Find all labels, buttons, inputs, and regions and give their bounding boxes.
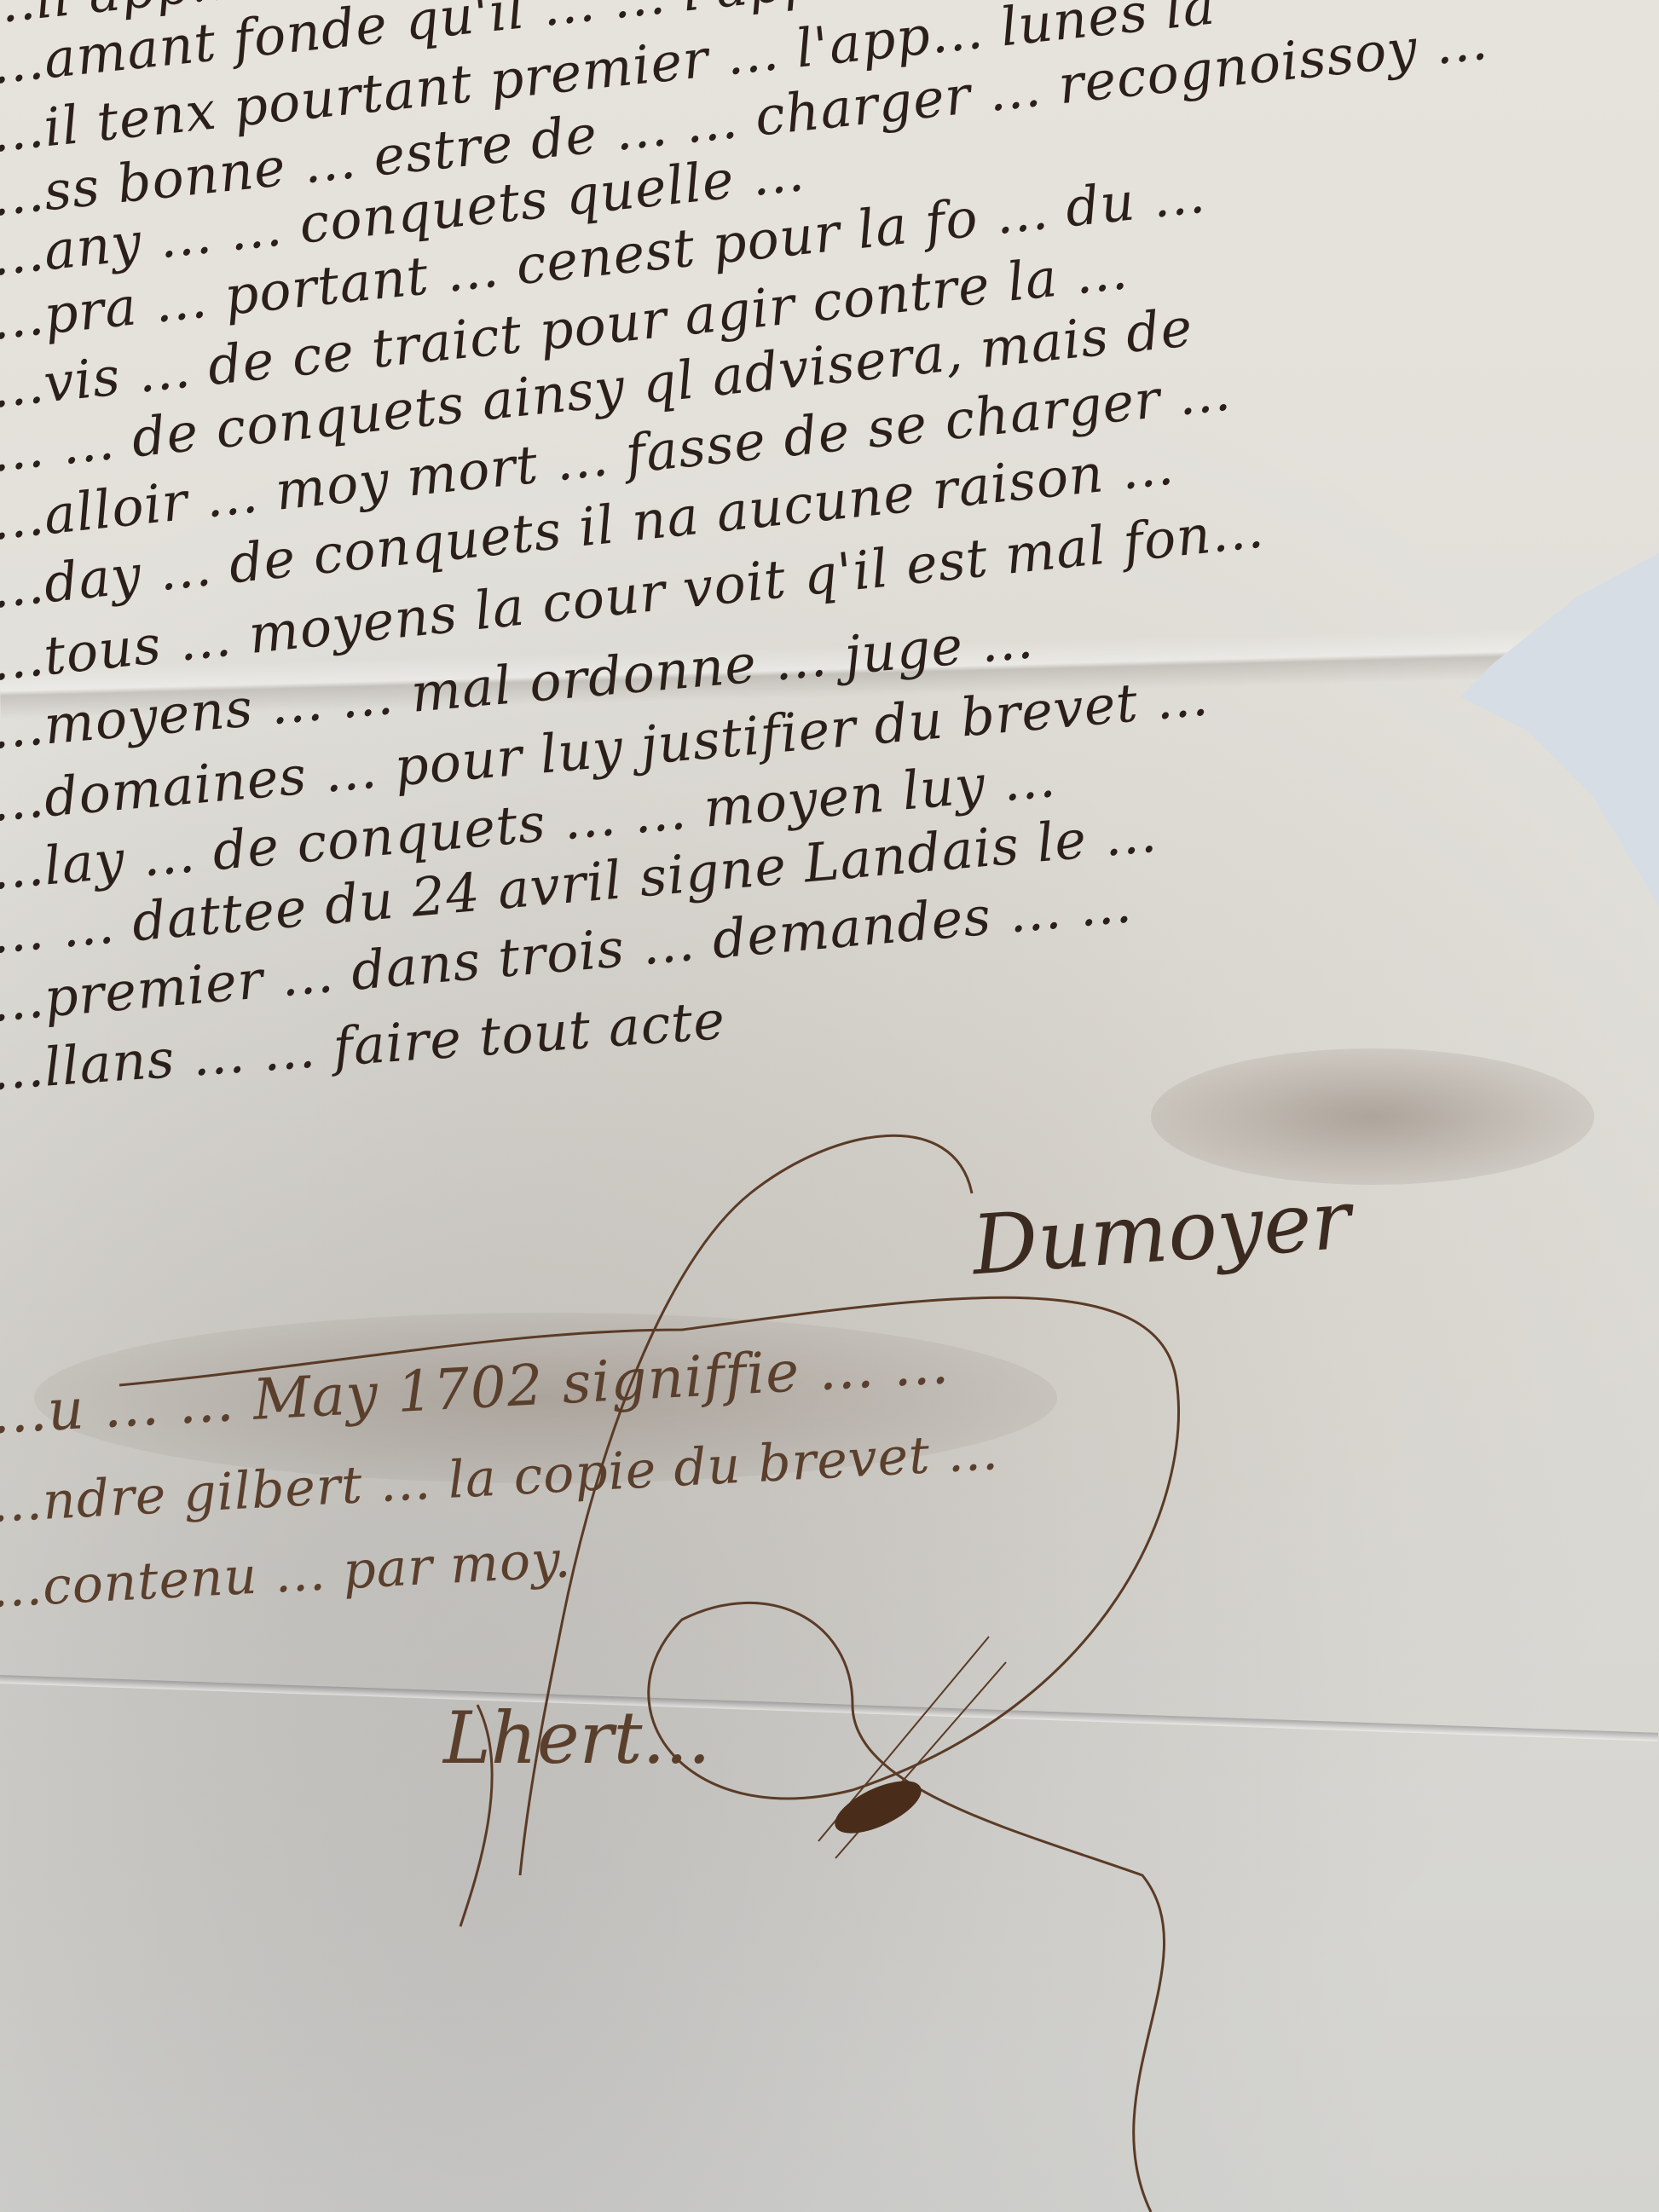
signature-flourish-icon [0,0,1659,2212]
manuscript-page: ...ll app... ... ... ... ...amant fonde … [0,0,1659,2212]
